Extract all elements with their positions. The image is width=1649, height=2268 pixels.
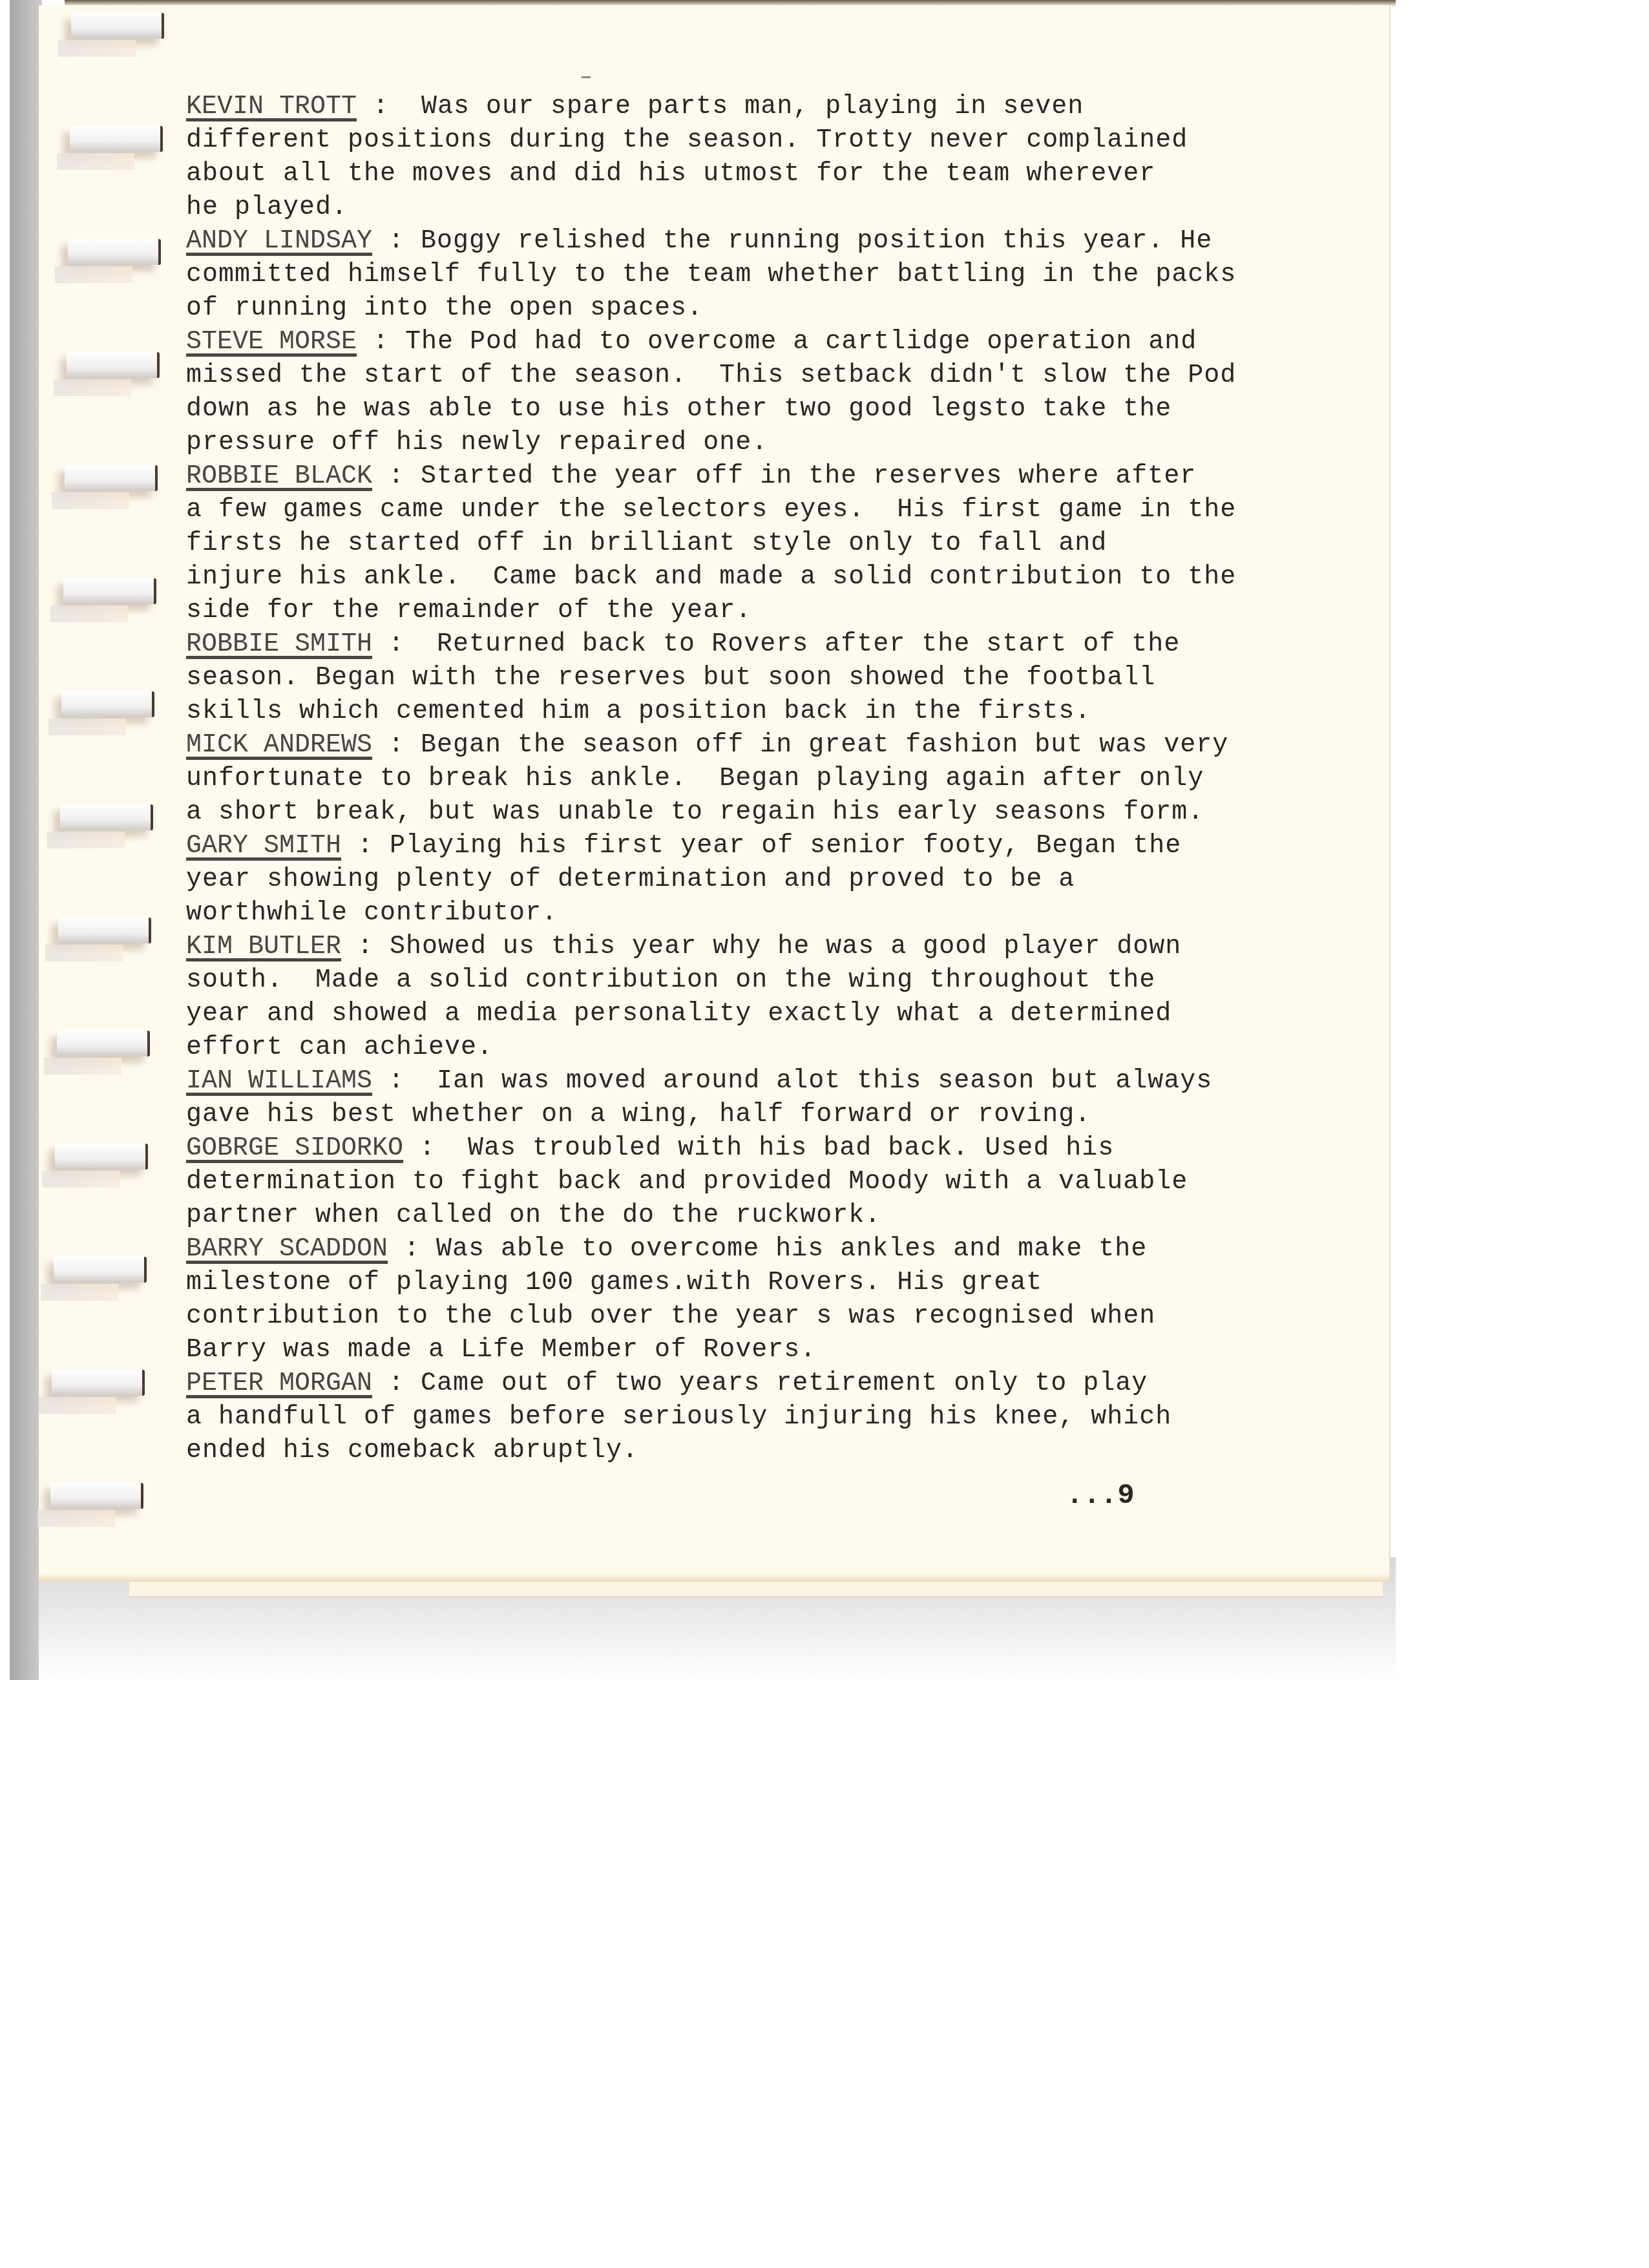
entry-text: partner when called on the do the ruckwo… (186, 1201, 881, 1230)
entry-line: side for the remainder of the year. (186, 594, 1388, 628)
entry-line: south. Made a solid contribution on the … (186, 964, 1388, 998)
entry-line: gave his best whether on a wing, half fo… (186, 1098, 1388, 1132)
entry-first-line: ANDY LINDSAY : Boggy relished the runnin… (186, 225, 1388, 258)
entry-line: firsts he started off in brilliant style… (186, 527, 1388, 561)
entry-line: year and showed a media personality exac… (186, 998, 1388, 1031)
entry-line: a few games came under the selectors eye… (186, 494, 1388, 527)
entry-text: a handfull of games before seriously inj… (186, 1403, 1171, 1432)
player-reviews: KEVIN TROTT : Was our spare parts man, p… (186, 90, 1388, 1468)
entry-line: skills which cemented him a position bac… (186, 695, 1388, 729)
entry-text: pressure off his newly repaired one. (186, 428, 768, 457)
scanner-edge-shadow (10, 0, 42, 1680)
entry-text: side for the remainder of the year. (186, 596, 751, 625)
player-entry: MICK ANDREWS : Began the season off in g… (186, 729, 1388, 830)
entry-text: he played. (186, 193, 348, 222)
entry-text: : Ian was moved around alot this season … (372, 1067, 1212, 1096)
entry-first-line: BARRY SCADDON : Was able to overcome his… (186, 1233, 1388, 1266)
entry-text: missed the start of the season. This set… (186, 361, 1236, 390)
entry-text: : The Pod had to overcome a cartlidge op… (357, 328, 1197, 357)
entry-text: south. Made a solid contribution on the … (186, 966, 1155, 995)
entry-text: milestone of playing 100 games.with Rove… (186, 1268, 1042, 1297)
page-continuation-marker: ...9 (1066, 1480, 1135, 1512)
entry-first-line: GOBRGE SIDORKO : Was troubled with his b… (186, 1132, 1388, 1166)
entry-line: down as he was able to use his other two… (186, 393, 1388, 426)
entry-text: ended his comeback abruptly. (186, 1436, 638, 1465)
entry-first-line: ROBBIE SMITH : Returned back to Rovers a… (186, 628, 1388, 662)
player-name: GARY SMITH (186, 832, 341, 861)
entry-text: year and showed a media personality exac… (186, 1000, 1171, 1029)
entry-first-line: MICK ANDREWS : Began the season off in g… (186, 729, 1388, 762)
player-entry: ANDY LINDSAY : Boggy relished the runnin… (186, 225, 1388, 326)
player-entry: PETER MORGAN : Came out of two years ret… (186, 1367, 1388, 1468)
entry-line: unfortunate to break his ankle. Began pl… (186, 762, 1388, 796)
player-name: KIM BUTLER (186, 932, 341, 961)
player-name: GOBRGE SIDORKO (186, 1134, 403, 1163)
binding-loop (54, 1257, 147, 1283)
entry-text: firsts he started off in brilliant style… (186, 529, 1107, 558)
binding-loop (61, 691, 154, 717)
player-entry: GOBRGE SIDORKO : Was troubled with his b… (186, 1132, 1388, 1233)
player-name: KEVIN TROTT (186, 92, 357, 121)
entry-text: Barry was made a Life Member of Rovers. (186, 1336, 816, 1365)
player-name: ROBBIE SMITH (186, 630, 372, 659)
player-entry: BARRY SCADDON : Was able to overcome his… (186, 1233, 1388, 1367)
entry-line: a short break, but was unable to regain … (186, 796, 1388, 830)
page-mark (582, 76, 591, 78)
player-entry: ROBBIE BLACK : Started the year off in t… (186, 460, 1388, 628)
entry-line: committed himself fully to the team whet… (186, 258, 1388, 292)
entry-text: of running into the open spaces. (186, 294, 703, 323)
binding-loop (52, 1370, 145, 1396)
entry-text: committed himself fully to the team whet… (186, 260, 1236, 289)
player-name: ANDY LINDSAY (186, 227, 372, 256)
binding-loop (50, 1483, 143, 1509)
entry-text: different positions during the season. T… (186, 126, 1188, 155)
entry-text: a short break, but was unable to regain … (186, 798, 1204, 827)
entry-text: down as he was able to use his other two… (186, 395, 1171, 424)
entry-text: injure his ankle. Came back and made a s… (186, 563, 1236, 592)
player-entry: KIM BUTLER : Showed us this year why he … (186, 930, 1388, 1065)
player-name: STEVE MORSE (186, 328, 357, 357)
entry-first-line: GARY SMITH : Playing his first year of s… (186, 830, 1388, 863)
entry-text: : Was able to overcome his ankles and ma… (388, 1235, 1147, 1264)
entry-first-line: ROBBIE BLACK : Started the year off in t… (186, 460, 1388, 494)
entry-line: partner when called on the do the ruckwo… (186, 1199, 1388, 1233)
player-entry: IAN WILLIAMS : Ian was moved around alot… (186, 1065, 1388, 1132)
entry-text: : Was our spare parts man, playing in se… (357, 92, 1084, 121)
binding-loop (55, 1144, 148, 1170)
entry-first-line: IAN WILLIAMS : Ian was moved around alot… (186, 1065, 1388, 1098)
binding-loop (71, 13, 164, 39)
binding-loop (70, 126, 163, 152)
entry-text: : Showed us this year why he was a good … (341, 932, 1181, 961)
entry-line: a handfull of games before seriously inj… (186, 1401, 1388, 1434)
entry-text: gave his best whether on a wing, half fo… (186, 1100, 1091, 1129)
entry-first-line: STEVE MORSE : The Pod had to overcome a … (186, 326, 1388, 359)
binding-loop (58, 918, 151, 943)
entry-first-line: PETER MORGAN : Came out of two years ret… (186, 1367, 1388, 1401)
player-entry: GARY SMITH : Playing his first year of s… (186, 830, 1388, 930)
entry-line: missed the start of the season. This set… (186, 359, 1388, 393)
entry-text: skills which cemented him a position bac… (186, 697, 1091, 726)
entry-line: ended his comeback abruptly. (186, 1434, 1388, 1468)
entry-text: worthwhile contributor. (186, 899, 558, 928)
binding-loop (60, 804, 153, 830)
entry-line: year showing plenty of determination and… (186, 863, 1388, 897)
entry-text: : Boggy relished the running position th… (372, 227, 1212, 256)
entry-line: injure his ankle. Came back and made a s… (186, 561, 1388, 594)
entry-text: : Returned back to Rovers after the star… (372, 630, 1180, 659)
binding-loop (57, 1031, 150, 1056)
entry-text: a few games came under the selectors eye… (186, 496, 1236, 525)
player-entry: STEVE MORSE : The Pod had to overcome a … (186, 326, 1388, 460)
entry-text: contribution to the club over the year s… (186, 1302, 1155, 1331)
player-entry: KEVIN TROTT : Was our spare parts man, p… (186, 90, 1388, 225)
entry-line: milestone of playing 100 games.with Rove… (186, 1266, 1388, 1300)
entry-first-line: KIM BUTLER : Showed us this year why he … (186, 930, 1388, 964)
binding-loop (65, 465, 158, 491)
entry-text: : Came out of two years retirement only … (372, 1369, 1148, 1398)
entry-text: : Was troubled with his bad back. Used h… (403, 1134, 1114, 1163)
entry-line: determination to fight back and provided… (186, 1166, 1388, 1199)
entry-line: contribution to the club over the year s… (186, 1300, 1388, 1334)
entry-line: different positions during the season. T… (186, 124, 1388, 158)
binding-loop (68, 239, 161, 265)
entry-text: unfortunate to break his ankle. Began pl… (186, 764, 1204, 793)
entry-line: effort can achieve. (186, 1031, 1388, 1065)
player-entry: ROBBIE SMITH : Returned back to Rovers a… (186, 628, 1388, 729)
player-name: BARRY SCADDON (186, 1235, 388, 1264)
entry-first-line: KEVIN TROTT : Was our spare parts man, p… (186, 90, 1388, 124)
entry-line: he played. (186, 191, 1388, 225)
entry-line: season. Began with the reserves but soon… (186, 662, 1388, 695)
entry-line: worthwhile contributor. (186, 897, 1388, 930)
player-name: IAN WILLIAMS (186, 1067, 372, 1096)
entry-text: season. Began with the reserves but soon… (186, 664, 1155, 693)
entry-line: pressure off his newly repaired one. (186, 426, 1388, 460)
player-name: ROBBIE BLACK (186, 462, 372, 491)
binding-loop (63, 578, 156, 604)
entry-line: Barry was made a Life Member of Rovers. (186, 1334, 1388, 1367)
player-name: PETER MORGAN (186, 1369, 372, 1398)
entry-text: year showing plenty of determination and… (186, 865, 1075, 894)
entry-text: : Started the year off in the reserves w… (372, 462, 1196, 491)
entry-text: about all the moves and did his utmost f… (186, 160, 1155, 189)
entry-text: effort can achieve. (186, 1033, 493, 1062)
entry-line: of running into the open spaces. (186, 292, 1388, 326)
spiral-binding (39, 6, 155, 1570)
entry-line: about all the moves and did his utmost f… (186, 158, 1388, 191)
player-name: MICK ANDREWS (186, 731, 372, 760)
binding-loop (67, 352, 160, 378)
entry-text: determination to fight back and provided… (186, 1168, 1188, 1197)
entry-text: : Playing his first year of senior footy… (341, 832, 1181, 861)
entry-text: : Began the season off in great fashion … (372, 731, 1228, 760)
